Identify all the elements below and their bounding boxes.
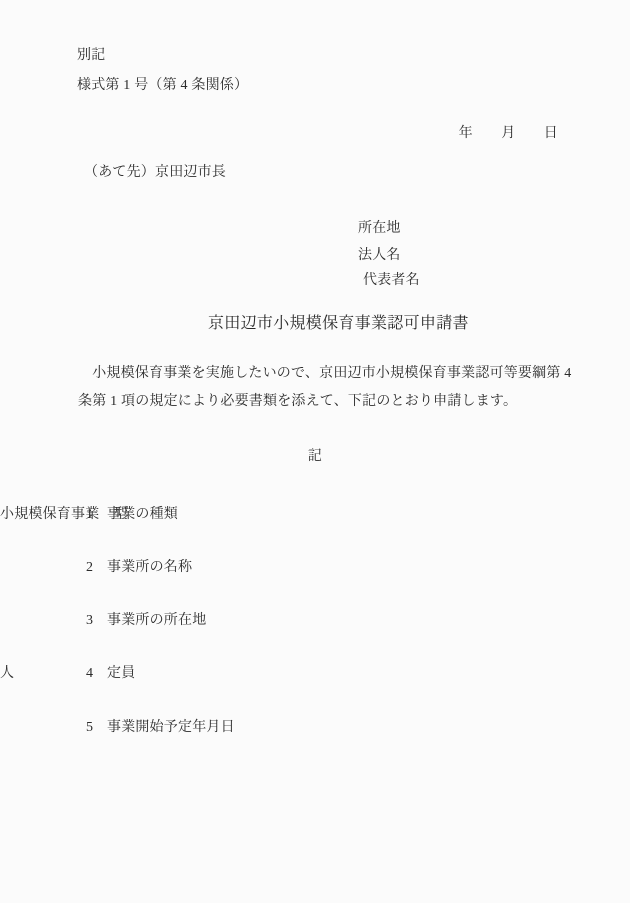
item-number: 2: [86, 561, 93, 575]
document-page: 別記 様式第 1 号（第 4 条関係） 年 月 日 （あて先）京田辺市長 所在地…: [0, 0, 630, 903]
item-number: 4: [86, 667, 93, 681]
applicant-representative-label: 代表者名: [363, 274, 420, 288]
body-paragraph-line-2: 条第 1 項の規定により必要書類を添えて、下記のとおり申請します。: [78, 395, 517, 409]
item-label: 定員: [107, 667, 135, 681]
item-label: 事業所の所在地: [107, 614, 206, 628]
item-value: 人: [0, 667, 14, 681]
document-title: 京田辺市小規模保育事業認可申請書: [208, 316, 469, 332]
list-item-office-name: 2 事業所の名称: [0, 561, 630, 579]
list-item-business-type: 1 事業の種類 小規模保育事業 型: [0, 508, 630, 526]
list-item-office-address: 3 事業所の所在地: [0, 614, 630, 632]
item-value: 小規模保育事業 型: [0, 508, 128, 522]
item-number: 3: [86, 614, 93, 628]
body-paragraph-line-1: 小規模保育事業を実施したいので、京田辺市小規模保育事業認可等要綱第 4: [78, 367, 571, 381]
item-label: 事業所の名称: [107, 561, 192, 575]
form-number-line: 様式第 1 号（第 4 条関係）: [77, 79, 248, 93]
applicant-corporation-label: 法人名: [358, 249, 401, 263]
annotation-label: 別記: [77, 49, 105, 63]
list-item-start-date: 5 事業開始予定年月日: [0, 721, 630, 739]
list-item-capacity: 4 定員 人: [0, 667, 630, 685]
applicant-address-label: 所在地: [358, 222, 401, 236]
record-heading: 記: [0, 450, 630, 464]
date-line: 年 月 日: [459, 127, 558, 141]
item-number: 5: [86, 721, 93, 735]
addressee-line: （あて先）京田辺市長: [84, 166, 226, 180]
item-label: 事業開始予定年月日: [107, 721, 235, 735]
